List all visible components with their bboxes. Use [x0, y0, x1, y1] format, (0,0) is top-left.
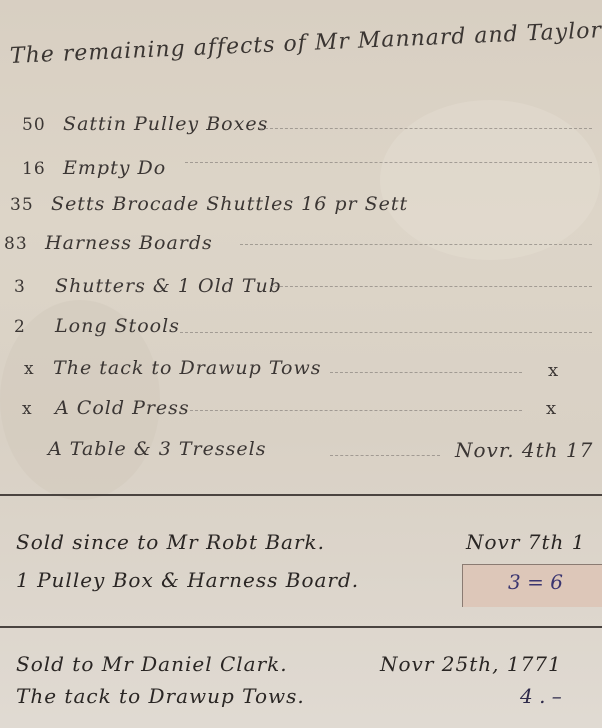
inventory-row: 35 Setts Brocade Shuttles 16 pr Sett [10, 193, 408, 215]
inventory-row: 83 Harness Boards [4, 232, 213, 254]
item-description: Empty Do [63, 157, 166, 179]
inventory-date: Novr. 4th 17 [455, 438, 593, 462]
item-description: A Table & 3 Tressels [48, 438, 266, 460]
item-description: The tack to Drawup Tows [53, 357, 321, 379]
inventory-row: 2 Long Stools [14, 315, 180, 337]
sale-1-date: Novr 7th 1 [466, 530, 585, 554]
sale-1-item: 1 Pulley Box & Harness Board. [16, 568, 359, 592]
leader-dots [185, 162, 592, 163]
item-description: Harness Boards [45, 232, 213, 254]
sale-2-date: Novr 25th, 1771 [380, 652, 562, 676]
item-tick-mark: x [24, 359, 46, 379]
inventory-row: x The tack to Drawup Tows [24, 357, 322, 379]
item-quantity: 16 [22, 159, 56, 179]
item-tick-mark: x [22, 399, 48, 419]
item-quantity: 83 [4, 234, 38, 254]
sale-2-item: The tack to Drawup Tows. [16, 684, 305, 708]
section-divider [0, 494, 602, 496]
item-check-mark: x [546, 398, 556, 419]
inventory-row: A Table & 3 Tressels [48, 438, 266, 460]
item-description: Shutters & 1 Old Tub [55, 275, 282, 297]
inventory-row: 16 Empty Do [22, 157, 166, 179]
sale-1-title: Sold since to Mr Robt Bark. [16, 530, 325, 554]
leader-dots [190, 410, 522, 411]
leader-dots [330, 372, 522, 373]
item-description: A Cold Press [55, 397, 190, 419]
item-quantity: 50 [22, 115, 56, 135]
leader-dots [180, 332, 592, 333]
item-check-mark: x [548, 360, 558, 381]
inventory-row: x A Cold Press [22, 397, 190, 419]
ledger-heading: The remaining affects of Mr Mannard and … [9, 18, 602, 69]
leader-dots [260, 128, 592, 129]
item-quantity: 2 [14, 317, 48, 337]
item-description: Setts Brocade Shuttles 16 pr Sett [51, 193, 408, 215]
item-quantity: 3 [14, 277, 48, 297]
item-quantity: 35 [10, 195, 44, 215]
sale-2-amount: 4 . – [520, 684, 562, 708]
item-description: Long Stools [55, 315, 180, 337]
sale-1-amount: 3 = 6 [508, 570, 563, 594]
inventory-row: 50 Sattin Pulley Boxes [22, 113, 268, 135]
section-divider [0, 626, 602, 628]
leader-dots [330, 455, 440, 456]
leader-dots [270, 286, 592, 287]
inventory-row: 3 Shutters & 1 Old Tub [14, 275, 282, 297]
paper-stain [380, 100, 600, 260]
manuscript-page: The remaining affects of Mr Mannard and … [0, 0, 602, 728]
sale-2-title: Sold to Mr Daniel Clark. [16, 652, 288, 676]
leader-dots [240, 244, 592, 245]
item-description: Sattin Pulley Boxes [63, 113, 268, 135]
